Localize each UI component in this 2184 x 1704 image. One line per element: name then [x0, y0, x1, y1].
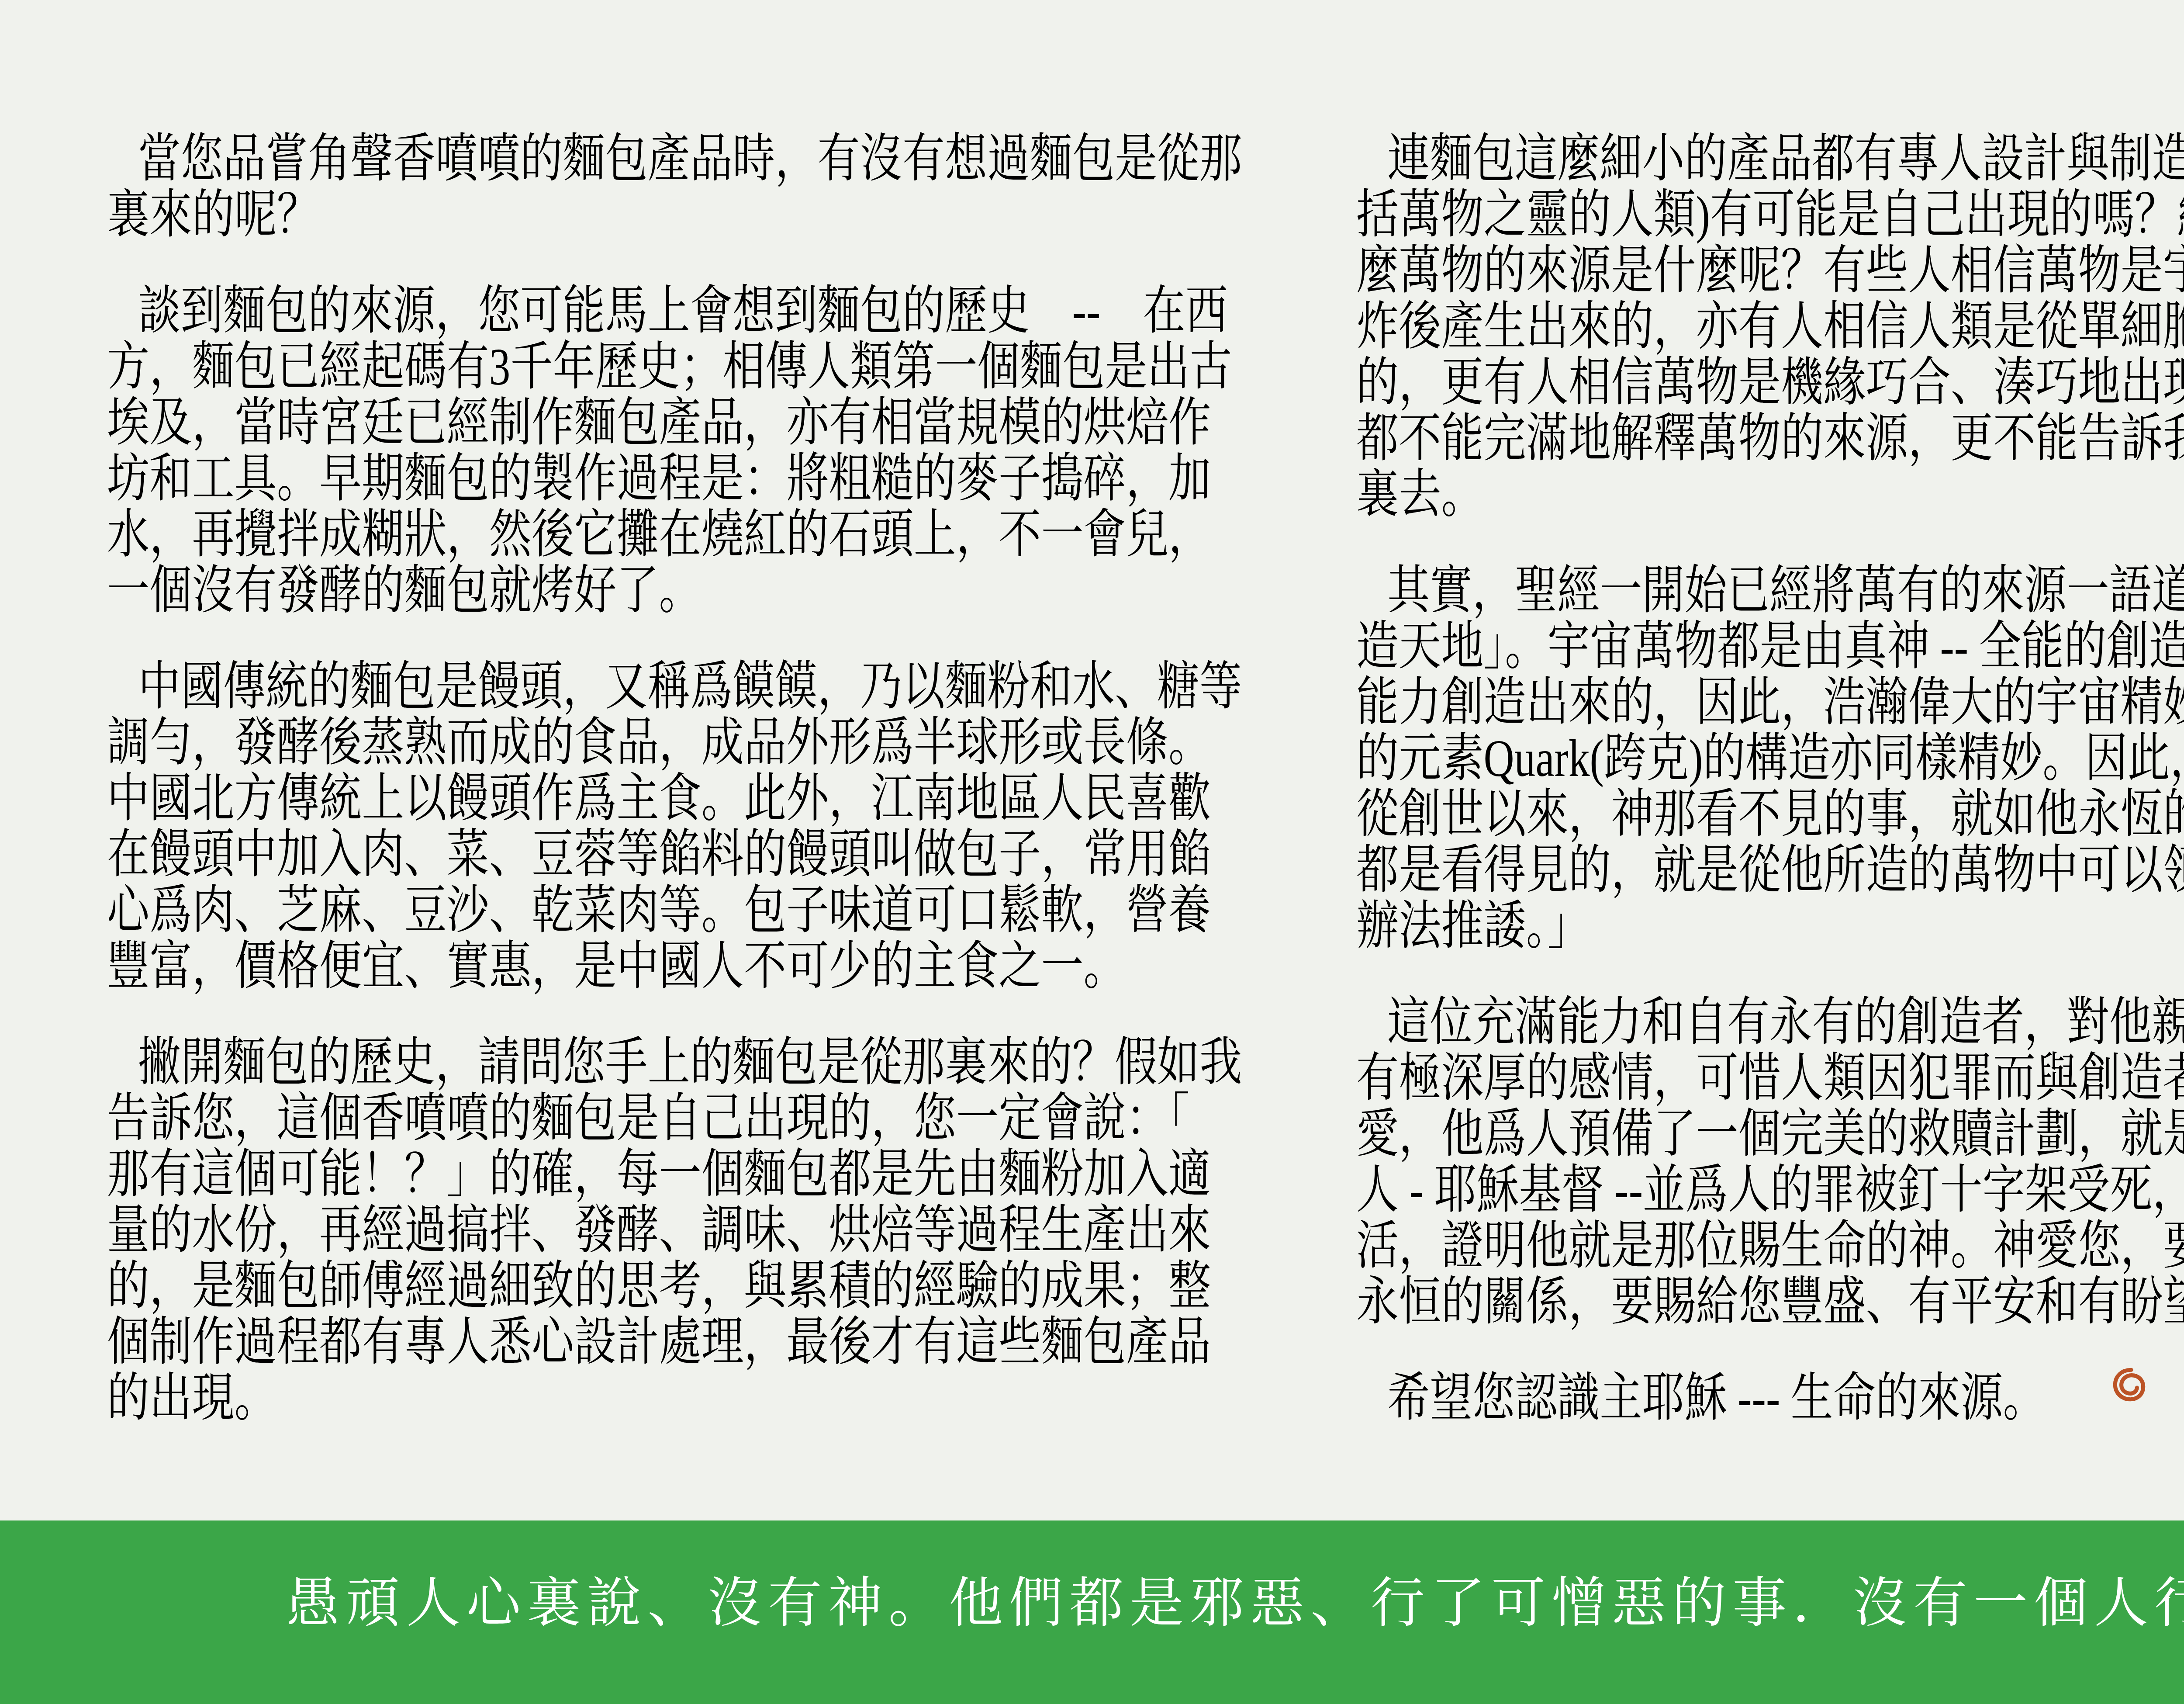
text-line: 辦法推諉。」 [1356, 898, 2184, 954]
text-line: 活，證明他就是那位賜生命的神。神愛您，要與您建立一個 [1356, 1218, 2184, 1274]
text-line: 方，麵包已經起碼有3千年歷史；相傳人類第一個麵包是出古 [107, 339, 1041, 395]
text-line: 能力創造出來的，因此，浩瀚偉大的宇宙精妙無比，最微小 [1356, 675, 2184, 731]
tract-page: 當您品嘗角聲香噴噴的麵包產品時，有沒有想過麵包是從那 裏來的呢？ 談到麵包的來源… [0, 0, 2184, 1704]
paragraph: 中國傳統的麵包是饅頭，又稱爲饃饃，乃以麵粉和水、糖等 調勻，發酵後蒸熟而成的食品… [107, 659, 1260, 994]
text-line: 這位充滿能力和自有永有的創造者，對他親手創造的人類 [1356, 994, 2184, 1050]
text-line: 當您品嘗角聲香噴噴的麵包產品時，有沒有想過麵包是從那 [107, 131, 1041, 187]
text-line: 中國傳統的麵包是饅頭，又稱爲饃饃，乃以麵粉和水、糖等 [107, 659, 1041, 715]
text-line: 有極深厚的感情，可惜人類因犯罪而與創造者隔絕，但神是 [1356, 1050, 2184, 1106]
text-line: 水，再攪拌成糊狀，然後它攤在燒紅的石頭上，不一會兒， [107, 507, 1041, 563]
text-line: 在饅頭中加入肉、菜、豆蓉等餡料的饅頭叫做包子，常用餡 [107, 827, 1041, 883]
text-line: 一個沒有發酵的麵包就烤好了。 [107, 563, 1041, 619]
text-line: 愛，他爲人預備了一個完美的救贖計劃，就是神親自成爲 [1356, 1106, 2184, 1162]
text-line: 造天地」。宇宙萬物都是由真神 -- 全能的創造者 -- 以智慧與 [1356, 619, 2184, 675]
paragraph: 這位充滿能力和自有永有的創造者，對他親手創造的人類 有極深厚的感情，可惜人類因犯… [1356, 994, 2184, 1330]
text-line: 希望您認識主耶穌 --- 生命的來源。 [1356, 1370, 2184, 1426]
text-line: 麼萬物的來源是什麼呢？有些人相信萬物是宇宙偶然間大爆 [1356, 243, 2184, 299]
text-line: 坊和工具。早期麵包的製作過程是：將粗糙的麥子搗碎，加 [107, 451, 1041, 507]
paragraph: 連麵包這麼細小的產品都有專人設計與制造，宇宙萬物(包 括萬物之靈的人類)有可能是… [1356, 131, 2184, 523]
text-line: 炸後產生出來的，亦有人相信人類是從單細胞逐漸進化而成 [1356, 299, 2184, 355]
text-line: 裏來的呢？ [107, 187, 1041, 243]
text-line: 的出現。 [107, 1370, 1041, 1426]
paragraph: 希望您認識主耶穌 --- 生命的來源。 [1356, 1370, 2184, 1426]
paragraph: 撇開麵包的歷史，請問您手上的麵包是從那裏來的？假如我 告訴您，這個香噴噴的麵包是… [107, 1035, 1260, 1426]
text-line: 的，更有人相信萬物是機緣巧合、湊巧地出現的；這些說法 [1356, 355, 2184, 411]
text-line: 個制作過程都有專人悉心設計處理，最後才有這些麵包產品 [107, 1314, 1041, 1370]
text-line: 談到麵包的來源，您可能馬上會想到麵包的歷史 -- 在西 [107, 283, 1041, 339]
text-line: 心爲肉、芝麻、豆沙、乾菜肉等。包子味道可口鬆軟，營養 [107, 883, 1041, 939]
text-line: 告訴您，這個香噴噴的麵包是自己出現的，您一定會說：「 [107, 1091, 1041, 1146]
paragraph: 談到麵包的來源，您可能馬上會想到麵包的歷史 -- 在西 方，麵包已經起碼有3千年… [107, 283, 1260, 619]
text-line: 中國北方傳統上以饅頭作爲主食。此外，江南地區人民喜歡 [107, 771, 1041, 827]
text-line: 其實，聖經一開始已經將萬有的來源一語道破：「起初神創 [1356, 563, 2184, 619]
text-line: 的元素Quark(跨克)的構造亦同樣精妙。因此，聖經亦說：「自 [1356, 731, 2184, 786]
text-line: 撇開麵包的歷史，請問您手上的麵包是從那裏來的？假如我 [107, 1035, 1041, 1091]
text-line: 豐富，價格便宜、實惠，是中國人不可少的主食之一。 [107, 939, 1041, 994]
text-line: 埃及，當時宮廷已經制作麵包產品，亦有相當規模的烘焙作 [107, 395, 1041, 451]
text-line: 連麵包這麼細小的產品都有專人設計與制造，宇宙萬物(包 [1356, 131, 2184, 187]
footer-bar: 愚頑人心裏說、沒有神。他們都是邪惡、行了可憎惡的事．沒有一個人行善。 [0, 1520, 2184, 1704]
paragraph: 其實，聖經一開始已經將萬有的來源一語道破：「起初神創 造天地」。宇宙萬物都是由真… [1356, 563, 2184, 954]
text-line: 那有這個可能！？」的確，每一個麵包都是先由麵粉加入適 [107, 1146, 1041, 1202]
text-line: 的，是麵包師傅經過細致的思考，與累積的經驗的成果；整 [107, 1258, 1041, 1314]
text-line: 調勻，發酵後蒸熟而成的食品，成品外形爲半球形或長條。 [107, 715, 1041, 771]
text-line: 從創世以來，神那看不見的事，就如他永恆的大能和神性， [1356, 786, 2184, 842]
paragraph: 當您品嘗角聲香噴噴的麵包產品時，有沒有想過麵包是從那 裏來的呢？ [107, 131, 1260, 243]
footer-verse: 愚頑人心裏說、沒有神。他們都是邪惡、行了可憎惡的事．沒有一個人行善。 [286, 1559, 2184, 1665]
spiral-logo-icon [2110, 1366, 2150, 1403]
text-line: 永恒的關係，要賜給您豐盛、有平安和有盼望的生命。 [1356, 1274, 2184, 1330]
text-line: 都是看得見的，就是從他所造的萬物中可以領悟，叫人沒有 [1356, 842, 2184, 898]
text-line: 都不能完滿地解釋萬物的來源，更不能告訴我們將來要到那 [1356, 411, 2184, 467]
text-line: 裏去。 [1356, 467, 2184, 523]
left-column: 當您品嘗角聲香噴噴的麵包產品時，有沒有想過麵包是從那 裏來的呢？ 談到麵包的來源… [107, 131, 1260, 1426]
text-line: 括萬物之靈的人類)有可能是自己出現的嗎？絕對不可能！那 [1356, 187, 2184, 243]
right-column: 連麵包這麼細小的產品都有專人設計與制造，宇宙萬物(包 括萬物之靈的人類)有可能是… [1356, 131, 2184, 1426]
text-line: 人 - 耶穌基督 --並爲人的罪被釘十字架受死，但他三天後復 [1356, 1162, 2184, 1218]
text-line: 量的水份，再經過搞拌、發酵、調味、烘焙等過程生產出來 [107, 1202, 1041, 1258]
